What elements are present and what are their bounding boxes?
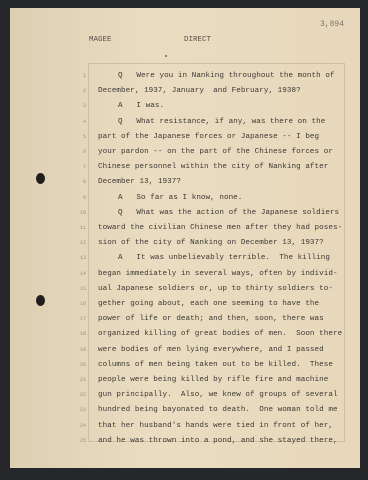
transcript-line: toward the civilian Chinese men after th…	[98, 224, 342, 232]
line-number: 19	[74, 347, 86, 353]
line-number: 13	[74, 255, 86, 261]
line-number: 22	[74, 392, 86, 398]
transcript-line: gether going about, each one seeming to …	[98, 300, 319, 308]
line-number: 24	[74, 423, 86, 429]
line-number: 23	[74, 407, 86, 413]
line-number: 17	[74, 316, 86, 322]
transcript-line: Chinese personnel within the city of Nan…	[98, 163, 328, 171]
transcript-line: and he was thrown into a pond, and she s…	[98, 437, 338, 445]
line-number: 10	[74, 210, 86, 216]
line-number: 4	[74, 119, 86, 125]
transcript-line: hundred being bayonated to death. One wo…	[98, 406, 338, 414]
transcript-line: organized killing of great bodies of men…	[98, 330, 342, 338]
transcript-line: began immediately in several ways, often…	[98, 270, 338, 278]
line-number: 7	[74, 164, 86, 170]
examination-type: DIRECT	[184, 36, 211, 44]
ink-mark	[165, 55, 167, 57]
transcript-line: gun principally. Also, we knew of groups…	[98, 391, 338, 399]
line-number: 15	[74, 286, 86, 292]
transcript-line: were bodies of men lying everywhere, and…	[98, 346, 324, 354]
page-number: 3,894	[320, 20, 344, 29]
transcript-line: A It was unbelievably terrible. The kill…	[118, 254, 330, 262]
transcript-line: Q What resistance, if any, was there on …	[118, 118, 325, 126]
line-number: 14	[74, 271, 86, 277]
transcript-line: sion of the city of Nanking on December …	[98, 239, 324, 247]
punch-hole-icon	[36, 173, 45, 184]
witness-name: MAGEE	[89, 36, 112, 44]
transcript-line: that her husband's hands were tied in fr…	[98, 422, 333, 430]
transcript-line: A So far as I know, none.	[118, 194, 242, 202]
transcript-line: Q Were you in Nanking throughout the mon…	[118, 72, 335, 80]
line-number: 12	[74, 240, 86, 246]
line-number: 3	[74, 103, 86, 109]
line-number: 6	[74, 149, 86, 155]
line-number: 8	[74, 179, 86, 185]
transcript-line: columns of men being taken out to be kil…	[98, 361, 333, 369]
transcript-line: December, 1937, January and February, 19…	[98, 87, 301, 95]
transcript-line: Q What was the action of the Japanese so…	[118, 209, 339, 217]
transcript-page: 3,894 MAGEE DIRECT 123456789101112131415…	[10, 8, 360, 468]
line-number: 20	[74, 362, 86, 368]
transcript-line: power of life or death; and then, soon, …	[98, 315, 324, 323]
line-number: 18	[74, 331, 86, 337]
line-number: 25	[74, 438, 86, 444]
line-number: 21	[74, 377, 86, 383]
line-number: 1	[74, 73, 86, 79]
line-number: 16	[74, 301, 86, 307]
transcript-line: A I was.	[118, 102, 164, 110]
transcript-line: your pardon -- on the part of the Chines…	[98, 148, 333, 156]
line-number: 11	[74, 225, 86, 231]
line-number: 2	[74, 88, 86, 94]
line-number: 5	[74, 134, 86, 140]
transcript-line: ual Japanese soldiers or, up to thirty s…	[98, 285, 333, 293]
transcript-line: part of the Japanese forces or Japanese …	[98, 133, 319, 141]
punch-hole-icon	[36, 295, 45, 306]
line-number: 9	[74, 195, 86, 201]
transcript-line: December 13, 1937?	[98, 178, 181, 186]
transcript-line: people were being killed by rifle fire a…	[98, 376, 328, 384]
